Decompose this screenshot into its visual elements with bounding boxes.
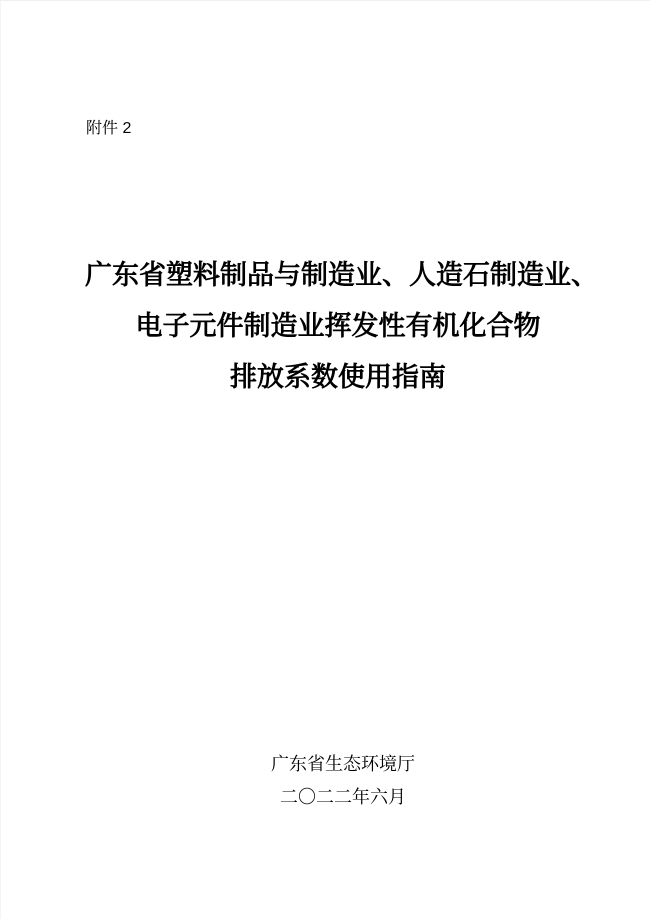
title-line-1: 广东省塑料制品与制造业、人造石制造业、	[85, 250, 591, 301]
document-page: 附件 2 广东省塑料制品与制造业、人造石制造业、 电子元件制造业挥发性有机化合物…	[0, 0, 650, 919]
attachment-label: 附件 2	[86, 119, 131, 138]
publication-date: 二〇二二年六月	[90, 781, 596, 814]
publisher-name: 广东省生态环境厅	[90, 748, 596, 781]
title-line-2: 电子元件制造业挥发性有机化合物	[85, 301, 591, 352]
title-line-3: 排放系数使用指南	[85, 352, 591, 403]
document-title: 广东省塑料制品与制造业、人造石制造业、 电子元件制造业挥发性有机化合物 排放系数…	[85, 250, 591, 403]
publisher-block: 广东省生态环境厅 二〇二二年六月	[90, 748, 596, 814]
